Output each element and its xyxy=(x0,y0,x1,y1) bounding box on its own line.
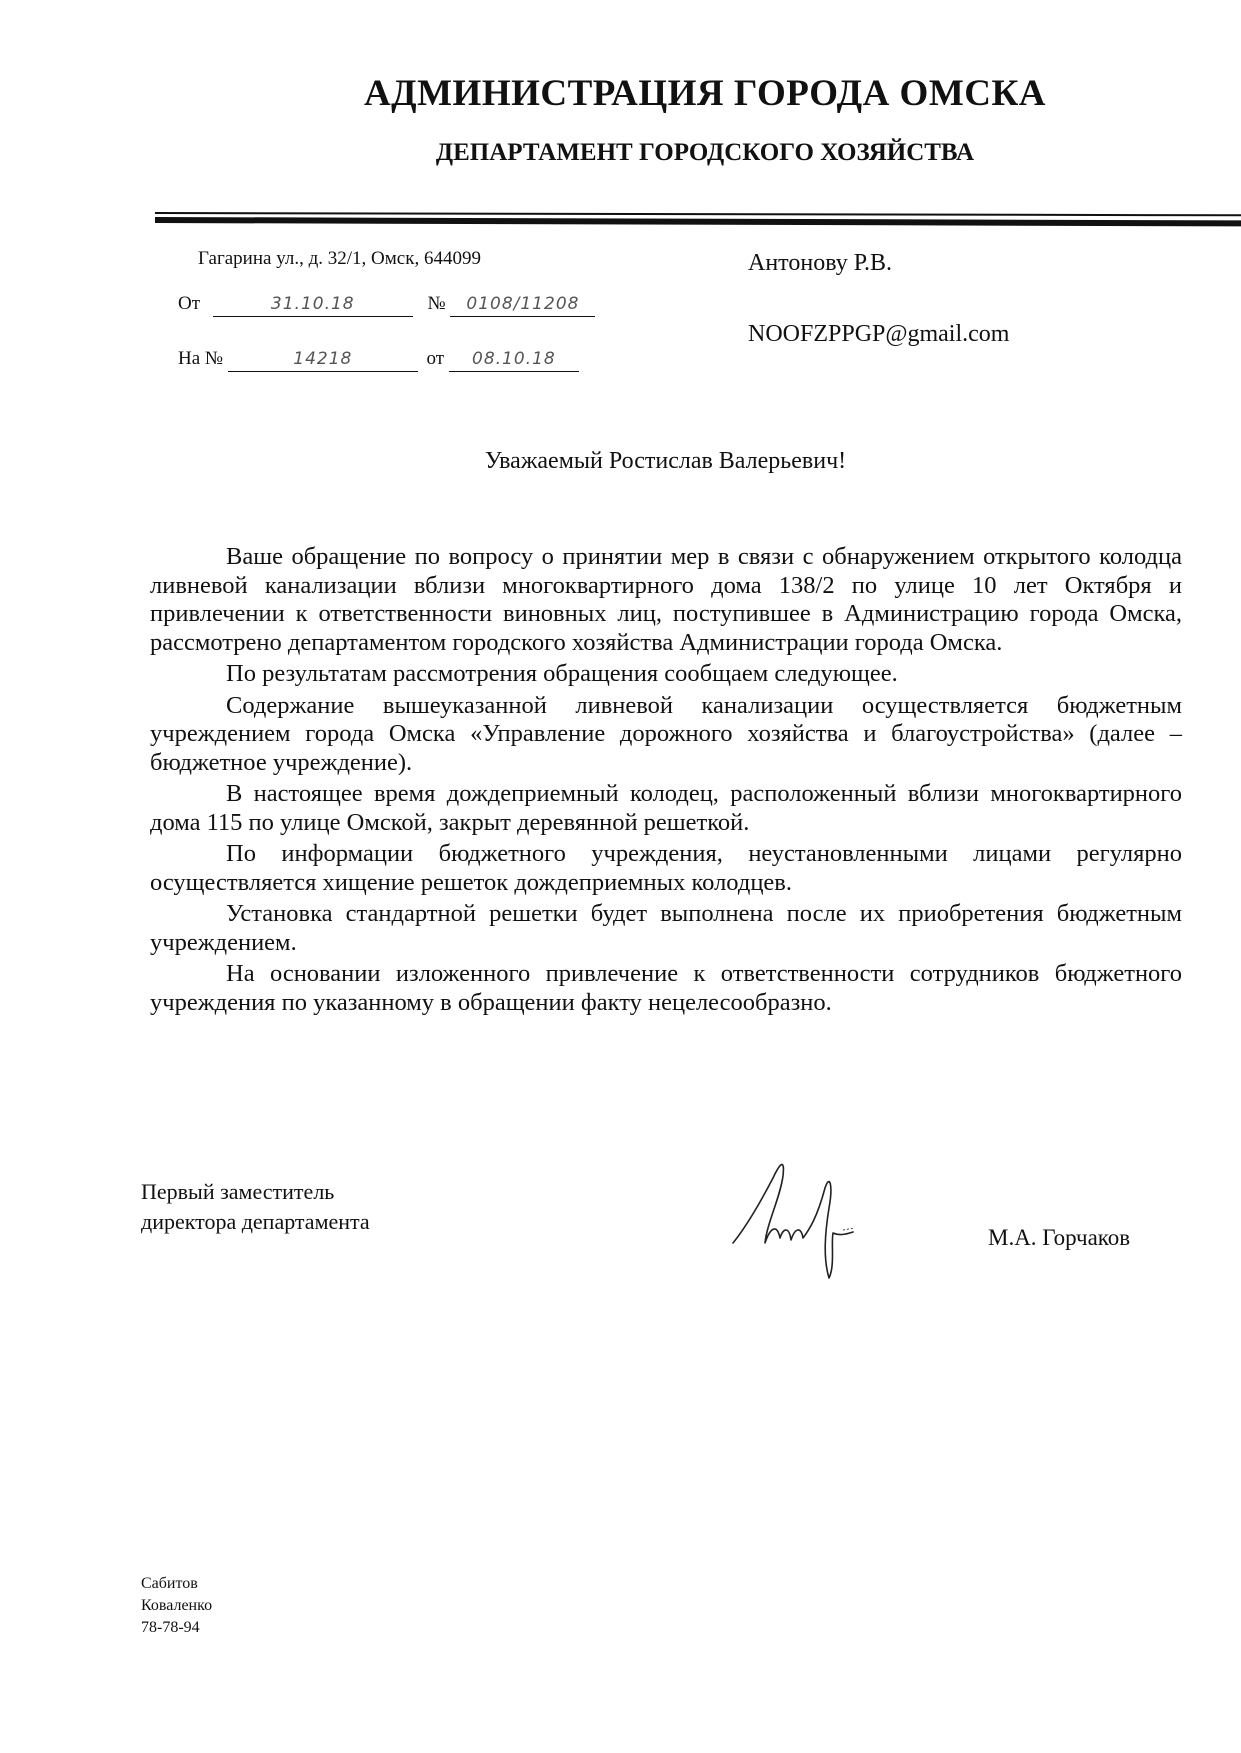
reply-registration-line: На № 14218 от 08.10.18 xyxy=(178,348,579,372)
body-paragraph: Ваше обращение по вопросу о принятии мер… xyxy=(150,543,1182,657)
department-title: ДЕПАРТАМЕНТ ГОРОДСКОГО ХОЗЯЙСТВА xyxy=(0,139,1241,167)
body-paragraph: По результатам рассмотрения обращения со… xyxy=(150,660,1182,689)
executor-info: Сабитов Коваленко 78-78-94 xyxy=(141,1573,212,1639)
body-paragraph: По информации бюджетного учреждения, неу… xyxy=(150,840,1182,897)
number-label: № xyxy=(428,293,446,314)
recipient-email: NOOFZPPGP@gmail.com xyxy=(748,321,1009,348)
letter-body: Ваше обращение по вопросу о принятии мер… xyxy=(150,543,1182,1020)
reply-date-label: от xyxy=(427,348,445,369)
signatory-position-line1: Первый заместитель xyxy=(141,1177,370,1207)
reply-date-field: 08.10.18 xyxy=(449,349,579,372)
handwritten-signature-icon xyxy=(725,1148,875,1283)
organization-title: АДМИНИСТРАЦИЯ ГОРОДА ОМСКА xyxy=(0,72,1241,115)
header-divider-thick xyxy=(155,217,1241,226)
executor-line2: Коваленко xyxy=(141,1595,212,1617)
signatory-position-line2: директора департамента xyxy=(141,1207,370,1237)
body-paragraph: На основании изложенного привлечение к о… xyxy=(150,960,1182,1017)
executor-line1: Сабитов xyxy=(141,1573,212,1595)
reply-number-field: 14218 xyxy=(228,349,418,372)
outgoing-registration-line: От 31.10.18 № 0108/11208 xyxy=(178,293,595,317)
recipient-name: Антонову Р.В. xyxy=(748,250,892,277)
from-label: От xyxy=(178,293,200,314)
body-paragraph: Содержание вышеуказанной ливневой канали… xyxy=(150,692,1182,778)
signatory-name: М.А. Горчаков xyxy=(988,1225,1130,1251)
body-paragraph: В настоящее время дождеприемный колодец,… xyxy=(150,780,1182,837)
sender-address: Гагарина ул., д. 32/1, Омск, 644099 xyxy=(198,248,481,270)
outgoing-date-field: 31.10.18 xyxy=(213,294,413,317)
greeting: Уважаемый Ростислав Валерьевич! xyxy=(0,448,1241,475)
header-divider-thin xyxy=(155,212,1241,216)
executor-phone: 78-78-94 xyxy=(141,1617,212,1639)
signatory-position: Первый заместитель директора департамент… xyxy=(141,1177,370,1237)
body-paragraph: Установка стандартной решетки будет выпо… xyxy=(150,900,1182,957)
outgoing-number-field: 0108/11208 xyxy=(450,294,595,317)
reply-number-label: На № xyxy=(178,348,223,369)
